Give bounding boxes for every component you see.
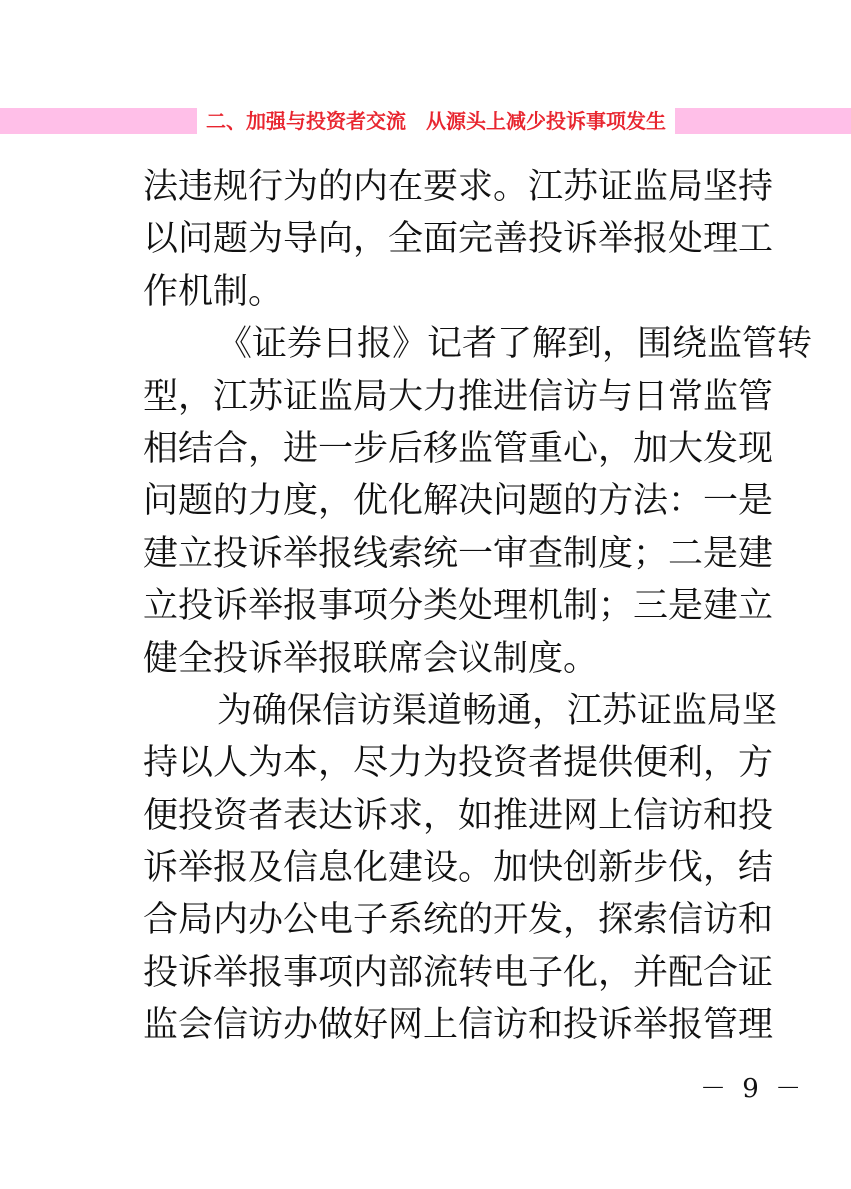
text-line: 健全投诉举报联席会议制度。 (143, 633, 735, 685)
header-band-right (675, 108, 851, 134)
text-line: 相结合，进一步后移监管重心，加大发现 (143, 423, 735, 475)
section-header-title: 二、加强与投资者交流 从源头上减少投诉事项发生 (205, 106, 667, 136)
text-line: 法违规行为的内在要求。江苏证监局坚持 (143, 161, 735, 213)
text-line: 监会信访办做好网上信访和投诉举报管理 (143, 999, 735, 1051)
text-line: 建立投诉举报线索统一审查制度；二是建 (143, 528, 735, 580)
page-number: － 9 － (700, 1068, 780, 1105)
text-line: 合局内办公电子系统的开发，探索信访和 (143, 894, 735, 946)
header-band-left (0, 108, 197, 134)
body-text: 法违规行为的内在要求。江苏证监局坚持 以问题为导向，全面完善投诉举报处理工 作机… (143, 161, 735, 1052)
text-line: 诉举报及信息化建设。加快创新步伐，结 (143, 842, 735, 894)
text-line: 立投诉举报事项分类处理机制；三是建立 (143, 580, 735, 632)
text-line: 投诉举报事项内部流转电子化，并配合证 (143, 947, 735, 999)
paragraph-start-line: 为确保信访渠道畅通，江苏证监局坚 (143, 685, 735, 737)
text-line: 持以人为本，尽力为投资者提供便利，方 (143, 737, 735, 789)
text-line: 问题的力度，优化解决问题的方法：一是 (143, 475, 735, 527)
text-line: 作机制。 (143, 266, 735, 318)
text-line: 便投资者表达诉求，如推进网上信访和投 (143, 790, 735, 842)
paragraph-start-line: 《证券日报》记者了解到，围绕监管转 (143, 318, 735, 370)
text-line: 型，江苏证监局大力推进信访与日常监管 (143, 371, 735, 423)
text-line: 以问题为导向，全面完善投诉举报处理工 (143, 213, 735, 265)
